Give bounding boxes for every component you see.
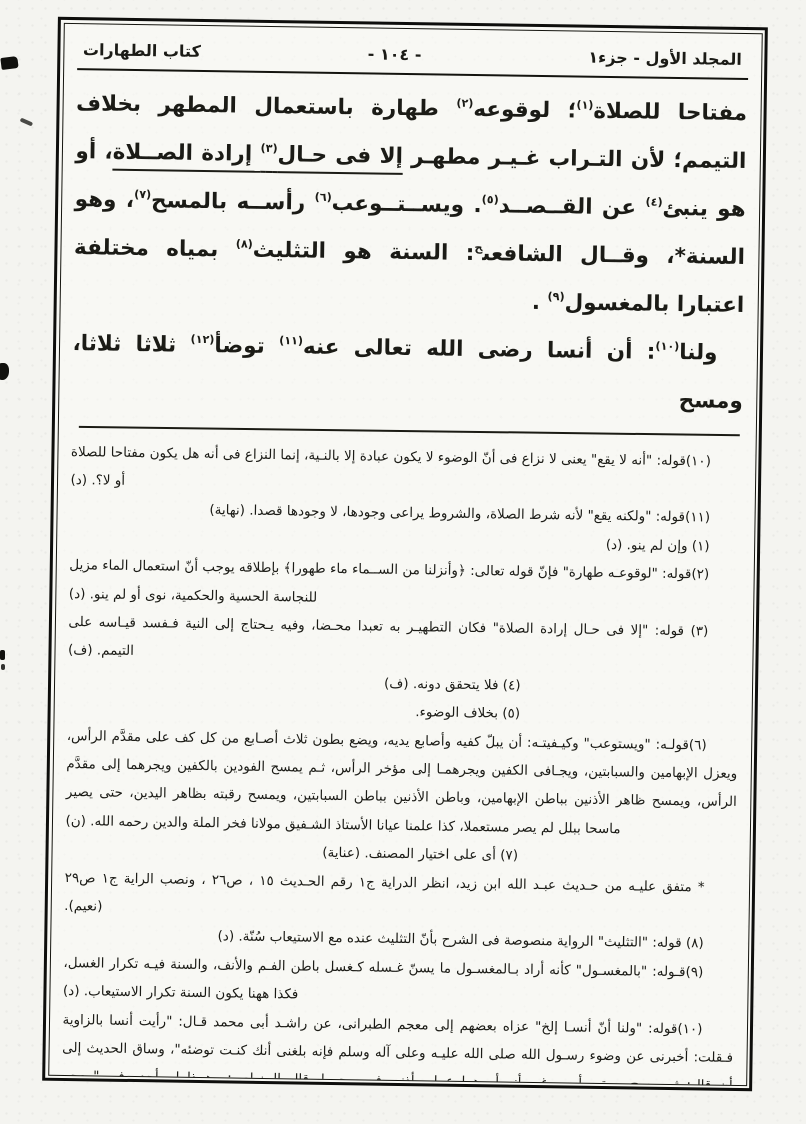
footnote-marker: (١)	[576, 99, 593, 112]
footnote-marker: (٥)	[482, 194, 499, 207]
page-border-frame: المجلد الأول - جزء١ - ١٠٤ - كتاب الطهارا…	[42, 17, 768, 1091]
page-inner-frame: المجلد الأول - جزء١ - ١٠٤ - كتاب الطهارا…	[48, 22, 763, 1085]
text-run: .	[532, 289, 548, 314]
scan-artifact	[0, 650, 5, 660]
footnote-marker: (٦)	[315, 191, 332, 204]
scan-artifact	[0, 363, 9, 380]
text-run: ؛ لوقوعه	[473, 96, 576, 123]
footnote-separator-rule	[78, 425, 739, 435]
footnote-marker: (٤)	[645, 196, 662, 209]
footnote: (١٠)قوله: "أنه لا يقع" يعنى لا نزاع فى أ…	[70, 438, 742, 505]
page-header: المجلد الأول - جزء١ - ١٠٤ - كتاب الطهارا…	[77, 40, 748, 80]
header-volume-label: المجلد الأول - جزء١	[588, 47, 742, 68]
scan-artifact	[20, 118, 33, 126]
footnotes-section: (١٠)قوله: "أنه لا يقع" يعنى لا نزاع فى أ…	[61, 438, 742, 1086]
footnote-marker: (٣)	[260, 142, 277, 155]
text-run: إلا فى حـال	[277, 142, 403, 169]
header-book-title: كتاب الطهارات	[83, 40, 201, 61]
footnote: (٩)قـوله: "بالمغسـول" كأنه أراد بـالمغسـ…	[63, 949, 735, 1016]
text-run: : أن أنسا رضى الله تعالى عنه	[303, 334, 656, 364]
main-paragraph-2: ولنا(١٠): أن أنسا رضى الله تعالى عنه(١١)…	[72, 320, 744, 426]
text-run: مفتاحا للصلاة	[593, 98, 747, 125]
text-run: إرادة الصــلاة	[112, 139, 260, 166]
scan-artifact	[1, 664, 5, 670]
main-paragraph-1: مفتاحا للصلاة(١)؛ لوقوعه(٢) طهارة باستعم…	[73, 80, 747, 330]
footnote-marker: (٢)	[456, 97, 473, 110]
text-run: رأســه بالمسح	[151, 188, 315, 215]
footnote-marker: (٧)	[134, 188, 151, 201]
text-run: عن القــصــد	[499, 193, 646, 220]
main-text: مفتاحا للصلاة(١)؛ لوقوعه(٢) طهارة باستعم…	[72, 80, 748, 426]
footnote: (٢)قوله: "لوقوعـه طهارة" فإنّ قوله تعالى…	[69, 551, 741, 618]
footnote-marker: (١٠)	[655, 340, 679, 353]
header-page-number: - ١٠٤ -	[368, 44, 422, 64]
footnote: (١٠)قوله: "ولنا أنّ أنسـا إلخ" عزاه بعضه…	[61, 1006, 734, 1086]
footnote-marker: (١٢)	[190, 333, 214, 346]
footnote-marker: ح	[474, 241, 482, 254]
footnote: (٣) قوله: "إلا فى حـال إرادة الصلاة" فكا…	[68, 608, 740, 675]
underlined-phrase: إلا فى حـال(٣) إرادة الصــلاة	[112, 139, 403, 168]
footnote-marker: (١١)	[279, 335, 303, 348]
footnote: * متفق عليـه من حـديث عبـد الله ابن زيد،…	[64, 864, 736, 931]
footnote-marker: (٨)	[236, 238, 253, 251]
text-run: ولنا	[679, 340, 718, 366]
scanned-page-background: { "header": { "volume": "المجلد الأول - …	[0, 0, 806, 1124]
footnote: (٦)قولـه: "ويستوعب" وكيـفيتـه: أن يبلّ ك…	[65, 722, 738, 846]
text-run: توضأ	[214, 333, 279, 359]
text-run: . ويســتــوعب	[331, 190, 481, 217]
footnote-marker: (٩)	[547, 291, 564, 304]
text-run: : السنة هو التثليث	[253, 237, 475, 265]
scan-artifact	[0, 56, 18, 70]
